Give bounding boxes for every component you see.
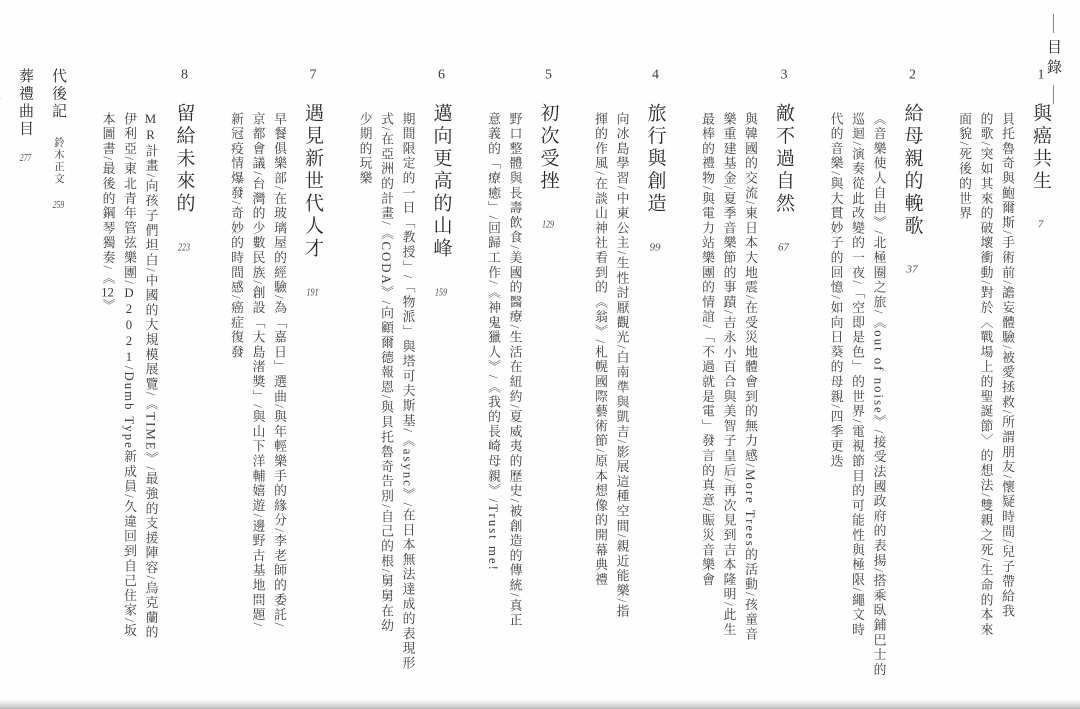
chapter-page-number: 37	[906, 264, 918, 275]
chapter-desc-line: 與韓國的交流/東日本大地震/在受災地體會到的無力感/More Trees的活動/…	[739, 112, 761, 701]
chapter-description: MR計畫/向孩子們坦白/中國的大規模展覽/《TIME》/最強的支援陣容/烏克蘭的…	[96, 68, 161, 701]
chapter-page-number: 159	[435, 287, 447, 298]
chapter-page-number: 129	[542, 219, 554, 230]
chapter-page-number: 191	[307, 287, 319, 298]
chapter-entry-5: 5 初次受挫 129 野口整體與長壽飲食/美國的醫療/生活在紐約/夏威夷的歷史/…	[482, 68, 562, 701]
chapter-entry-3: 3 敵不過自然 67 與韓國的交流/東日本大地震/在受災地體會到的無力感/Mor…	[696, 68, 798, 701]
chapter-desc-line: 新冠疫情爆發/奇妙的時間感/癌症復發	[225, 112, 247, 701]
chapter-desc-line: 的歌/突如其來的破壞衝動/對於〈戰場上的聖誕節〉的想法/雙親之死/生命的本來	[974, 112, 996, 701]
backmatter-page-number: 259	[53, 200, 64, 211]
chapter-desc-line: 巡迴/演奏從此改變的一夜/「空即是色」的世界/電視節目的可能性與極限/繩文時	[846, 112, 868, 701]
chapter-desc-line: 野口整體與長壽飲食/美國的醫療/生活在紐約/夏威夷的歷史/被創造的傳統/真正	[503, 112, 525, 701]
chapter-page-number: 223	[178, 242, 190, 253]
header-rule-top	[1053, 14, 1054, 33]
chapter-description: 與韓國的交流/東日本大地震/在受災地體會到的無力感/More Trees的活動/…	[696, 68, 761, 701]
chapter-number: 8	[176, 68, 192, 82]
book-toc-page: 目錄 1 與癌共生 7 貝托魯奇與鮑爾斯/手術前/譫妄體驗/被愛拯救/所謂朋友/…	[0, 0, 1080, 709]
chapter-entry-6: 6 邁向更高的山峰 159 期間限定的一日「教授」/「物派」與塔可夫斯基/《as…	[353, 68, 455, 701]
chapter-description: 《音樂使人自由》/北極圈之旅/《out of noise》/接受法國政府的表揚/…	[824, 68, 889, 701]
chapter-page-number: 7	[1035, 219, 1047, 230]
toc-contents: 1 與癌共生 7 貝托魯奇與鮑爾斯/手術前/譫妄體驗/被愛拯救/所謂朋友/懷疑時…	[4, 68, 1054, 701]
backmatter-title: 葬禮曲目	[15, 68, 36, 138]
chapter-desc-line: 少期的玩樂	[353, 112, 375, 701]
backmatter: 代後記 鈴木正文 259 葬禮曲目 277 年表 281	[0, 68, 69, 701]
chapter-number: 5	[540, 68, 556, 82]
backmatter-page-number: 277	[20, 153, 31, 164]
chapter-description: 向冰島學習/中東公主/生性討厭觀光/白南準與凱吉/影展這種空間/親近能樂/指 揮…	[589, 68, 632, 701]
chapter-title: 旅行與創造	[642, 103, 669, 216]
chapter-description: 貝托魯奇與鮑爾斯/手術前/譫妄體驗/被愛拯救/所謂朋友/懷疑時間/兒子帶給我 的…	[953, 68, 1018, 701]
chapter-title: 留給未來的	[171, 103, 198, 216]
backmatter-title: 代後記	[48, 68, 69, 121]
chapter-title: 邁向更高的山峰	[428, 103, 455, 261]
chapter-desc-line: 早餐俱樂部/在玻璃屋的經驗/為「嘉日」選曲/與年輕樂手的緣分/李老師的委託/	[268, 112, 290, 701]
chapter-desc-line: 《音樂使人自由》/北極圈之旅/《out of noise》/接受法國政府的表揚/…	[867, 112, 889, 701]
backmatter-title: 年表	[0, 68, 3, 103]
chapter-desc-line: 最棒的禮物/與電力站樂團的情誼/「不過就是電」發言的真意/賑災音樂會	[696, 112, 718, 701]
backmatter-author: 鈴木正文	[51, 137, 66, 185]
chapter-head: 8 留給未來的 223	[171, 68, 198, 701]
chapter-number: 3	[776, 68, 792, 82]
chapter-number: 7	[305, 68, 321, 82]
chapter-entry-1: 1 與癌共生 7 貝托魯奇與鮑爾斯/手術前/譫妄體驗/被愛拯救/所謂朋友/懷疑時…	[953, 68, 1055, 701]
chapter-page-number: 67	[778, 242, 790, 253]
chapter-head: 3 敵不過自然 67	[770, 68, 797, 701]
chapter-page-number: 99	[649, 242, 661, 253]
chapter-head: 4 旅行與創造 99	[642, 68, 669, 701]
chapter-title: 敵不過自然	[770, 103, 797, 216]
chapter-desc-line: 揮的作風/在談山神社看到的《翁》/札幌國際藝術節/原本想像的開幕典禮	[589, 112, 611, 701]
chapter-description: 期間限定的一日「教授」/「物派」與塔可夫斯基/《async》/在日本無法達成的表…	[353, 68, 418, 701]
chapter-desc-line: 貝托魯奇與鮑爾斯/手術前/譫妄體驗/被愛拯救/所謂朋友/懷疑時間/兒子帶給我	[996, 112, 1018, 701]
chapter-head: 2 給母親的輓歌 37	[899, 68, 926, 701]
chapter-number: 2	[904, 68, 920, 82]
chapter-head: 6 邁向更高的山峰 159	[428, 68, 455, 701]
chapter-head: 5 初次受挫 129	[535, 68, 562, 701]
chapter-entry-8: 8 留給未來的 223 MR計畫/向孩子們坦白/中國的大規模展覽/《TIME》/…	[96, 68, 198, 701]
page-edge-shadow	[0, 700, 1080, 709]
chapter-number: 4	[647, 68, 663, 82]
backmatter-entry-afterword: 代後記 鈴木正文 259	[48, 68, 69, 701]
chapter-head: 1 與癌共生 7	[1027, 68, 1054, 701]
chapter-desc-line: 伊利亞/東北青年管弦樂團/D2021/Dumb Type新成員/久違回到自己住家…	[118, 112, 140, 701]
chapter-number: 1	[1033, 68, 1049, 82]
backmatter-entry-chronology: 年表 281	[0, 68, 3, 701]
chapter-entry-7: 7 遇見新世代人才 191 早餐俱樂部/在玻璃屋的經驗/為「嘉日」選曲/與年輕樂…	[225, 68, 327, 701]
chapter-title: 初次受挫	[535, 103, 562, 193]
chapter-title: 與癌共生	[1027, 103, 1054, 193]
chapter-entry-4: 4 旅行與創造 99 向冰島學習/中東公主/生性討厭觀光/白南準與凱吉/影展這種…	[589, 68, 669, 701]
chapter-number: 6	[433, 68, 449, 82]
chapter-desc-line: 京都會議/台灣的少數民族/創設「大島渚獎」/與山下洋輔嬉遊/邊野古基地問題/	[246, 112, 268, 701]
chapter-entry-2: 2 給母親的輓歌 37 《音樂使人自由》/北極圈之旅/《out of noise…	[824, 68, 926, 701]
chapter-desc-line: 期間限定的一日「教授」/「物派」與塔可夫斯基/《async》/在日本無法達成的表…	[396, 112, 418, 701]
chapter-desc-line: 意義的「療癒」/回歸工作/《神鬼獵人》/《我的長崎母親》/Trust me!	[482, 112, 504, 701]
chapter-desc-line: 代的音樂/與大貫妙子的回憶/如向日葵的母親/四季更迭	[824, 112, 846, 701]
chapter-desc-line: MR計畫/向孩子們坦白/中國的大規模展覽/《TIME》/最強的支援陣容/烏克蘭的	[139, 112, 161, 701]
chapter-description: 野口整體與長壽飲食/美國的醫療/生活在紐約/夏威夷的歷史/被創造的傳統/真正 意…	[482, 68, 525, 701]
chapter-description: 早餐俱樂部/在玻璃屋的經驗/為「嘉日」選曲/與年輕樂手的緣分/李老師的委託/ 京…	[225, 68, 290, 701]
chapter-desc-line: 面貌/死後的世界	[953, 112, 975, 701]
chapter-head: 7 遇見新世代人才 191	[299, 68, 326, 701]
chapter-desc-line: 式/在亞洲的計畫/《CODA》/向顧爾德報恩/與貝托魯奇告別/自己的根/舅舅在幼	[375, 112, 397, 701]
chapter-desc-line: 樂重建基金/夏季音樂節的事蹟/吉永小百合與美智子皇后/再次見到吉本隆明/此生	[717, 112, 739, 701]
backmatter-entry-funeral-playlist: 葬禮曲目 277	[15, 68, 36, 701]
chapter-desc-line: 本圖書/最後的鋼琴獨奏/《12》	[96, 112, 118, 701]
chapter-desc-line: 向冰島學習/中東公主/生性討厭觀光/白南準與凱吉/影展這種空間/親近能樂/指	[610, 112, 632, 701]
chapter-title: 給母親的輓歌	[899, 103, 926, 238]
chapter-title: 遇見新世代人才	[299, 103, 326, 261]
